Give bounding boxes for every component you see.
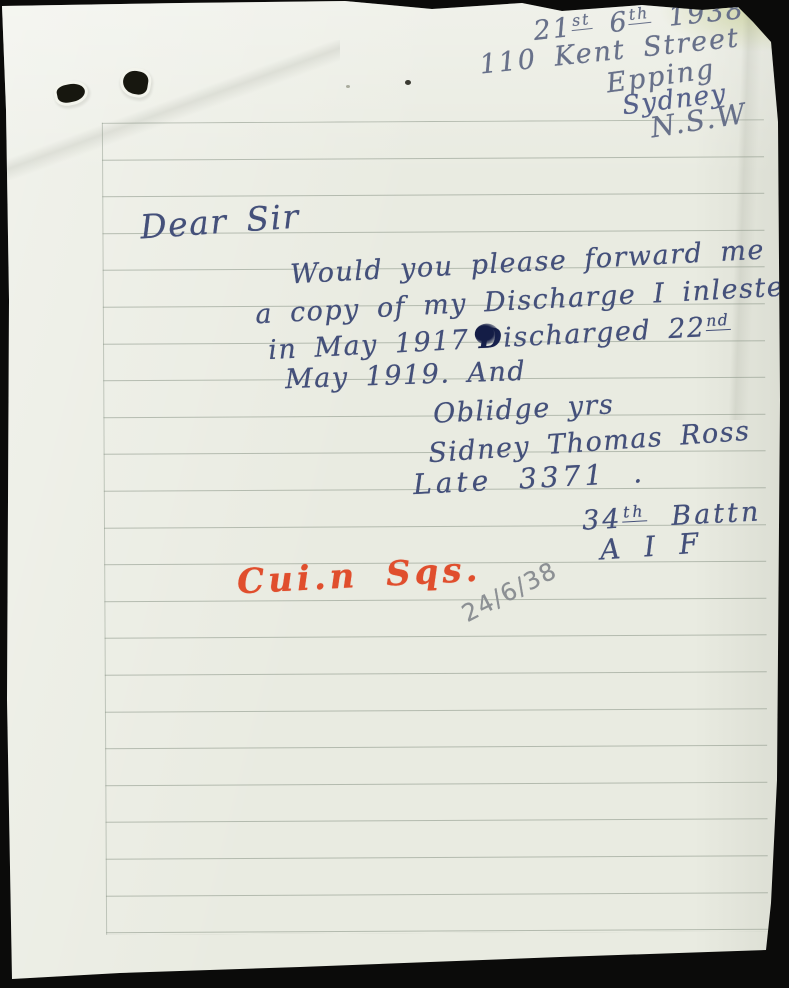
date-day-ordinal: st: [570, 9, 592, 31]
unit-ordinal: th: [622, 501, 647, 522]
letter-scan: 21st 6th 1938 110 Kent Street Epping Syd…: [0, 0, 789, 988]
paper-sheet: 21st 6th 1938 110 Kent Street Epping Syd…: [0, 0, 789, 988]
ink-speck: [405, 80, 411, 85]
date-month-ordinal: th: [627, 3, 651, 25]
body-line-3-ordinal: nd: [705, 310, 731, 331]
ink-blot-letter: D: [478, 323, 505, 355]
paper-speck: [346, 85, 350, 88]
